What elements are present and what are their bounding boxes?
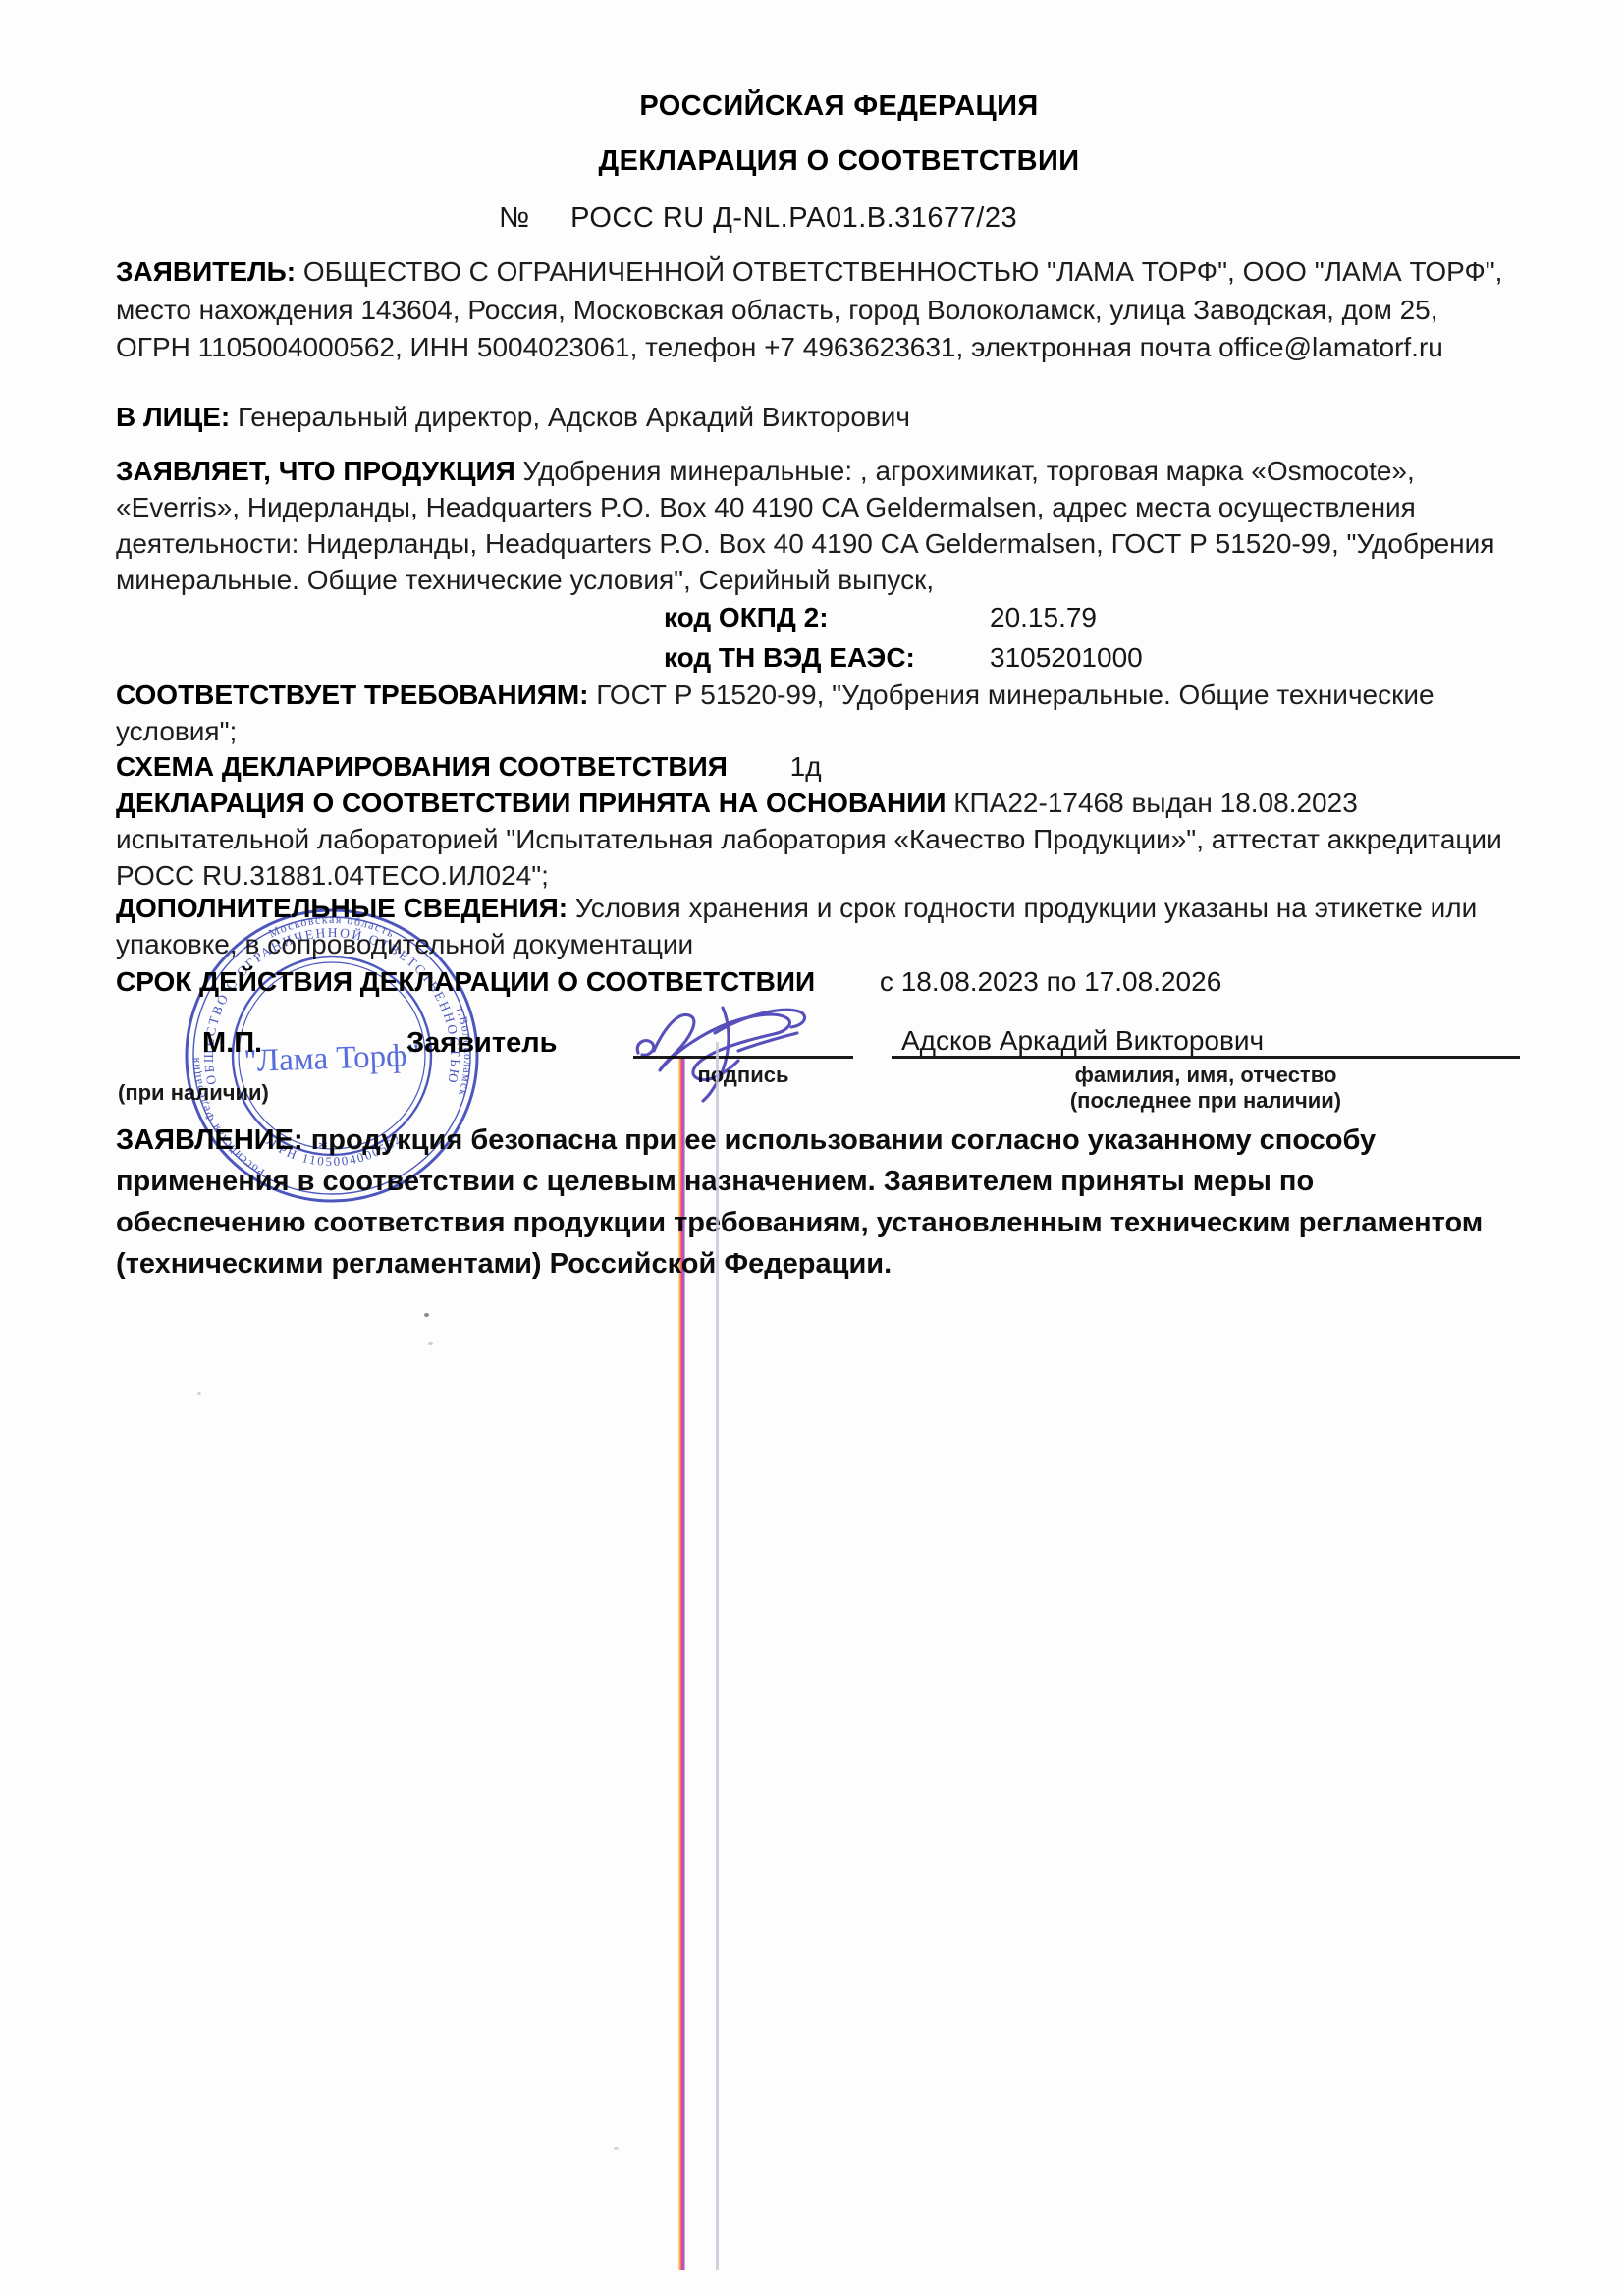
applicant-paragraph: ЗАЯВИТЕЛЬ: ОБЩЕСТВО С ОГРАНИЧЕННОЙ ОТВЕТ… bbox=[116, 253, 1520, 367]
complies-label: СООТВЕТСТВУЕТ ТРЕБОВАНИЯМ: bbox=[116, 680, 588, 710]
scanner-gray-stripe bbox=[716, 1042, 719, 2270]
product-paragraph: ЗАЯВЛЯЕТ, ЧТО ПРОДУКЦИЯ Удобрения минера… bbox=[116, 453, 1520, 598]
scanner-color-stripe bbox=[678, 1058, 685, 2270]
signatory-name: Адсков Аркадий Викторович bbox=[901, 1025, 1264, 1057]
scheme-row: СХЕМА ДЕКЛАРИРОВАНИЯ СООТВЕТСТВИЯ 1д bbox=[116, 748, 1520, 785]
stamp-ogrn-text: ОГРН 1105004000562 bbox=[259, 1130, 405, 1169]
complies-paragraph: СООТВЕТСТВУЕТ ТРЕБОВАНИЯМ: ГОСТ Р 51520-… bbox=[116, 677, 1520, 749]
scan-speck bbox=[197, 1392, 201, 1395]
declaration-number-row: №РОСС RU Д-NL.РА01.В.31677/23 bbox=[499, 202, 1017, 235]
number-sign: № bbox=[499, 202, 529, 234]
declaration-number: РОСС RU Д-NL.РА01.В.31677/23 bbox=[570, 202, 1017, 234]
applicant-text: ОБЩЕСТВО С ОГРАНИЧЕННОЙ ОТВЕТСТВЕННОСТЬЮ… bbox=[116, 256, 1502, 362]
in-person-paragraph: В ЛИЦЕ: Генеральный директор, Адсков Арк… bbox=[116, 399, 1520, 436]
document-title: ДЕКЛАРАЦИЯ О СООТВЕТСТВИИ bbox=[27, 145, 1623, 178]
scan-speck bbox=[428, 1342, 433, 1345]
basis-paragraph: ДЕКЛАРАЦИЯ О СООТВЕТСТВИИ ПРИНЯТА НА ОСН… bbox=[116, 785, 1520, 894]
in-person-text: Генеральный директор, Адсков Аркадий Вик… bbox=[238, 402, 910, 432]
scheme-value: 1д bbox=[790, 751, 822, 782]
basis-label: ДЕКЛАРАЦИЯ О СООТВЕТСТВИИ ПРИНЯТА НА ОСН… bbox=[116, 788, 946, 818]
tnved-label: код ТН ВЭД ЕАЭС: bbox=[664, 642, 915, 674]
name-caption: фамилия, имя, отчество bbox=[892, 1063, 1520, 1088]
tnved-value: 3105201000 bbox=[990, 642, 1143, 674]
handwritten-signature bbox=[628, 990, 815, 1103]
applicant-label: ЗАЯВИТЕЛЬ: bbox=[116, 256, 296, 287]
okpd-value: 20.15.79 bbox=[990, 602, 1097, 633]
country-title: РОССИЙСКАЯ ФЕДЕРАЦИЯ bbox=[27, 90, 1623, 123]
okpd-label: код ОКПД 2: bbox=[664, 602, 829, 633]
stamp-center-text: "Лама Торф" bbox=[243, 1038, 421, 1079]
stamp-star: * bbox=[318, 1137, 328, 1159]
validity-value: с 18.08.2023 по 17.08.2026 bbox=[880, 966, 1221, 997]
name-caption-note: (последнее при наличии) bbox=[892, 1088, 1520, 1114]
name-line bbox=[892, 1056, 1520, 1059]
scan-speck bbox=[424, 1313, 429, 1317]
company-stamp: ОБЩЕСТВО С ОГРАНИЧЕННОЙ ОТВЕТСТВЕННОСТЬЮ… bbox=[183, 906, 481, 1205]
in-person-label: В ЛИЦЕ: bbox=[116, 402, 230, 432]
declaration-document-page: РОССИЙСКАЯ ФЕДЕРАЦИЯ ДЕКЛАРАЦИЯ О СООТВЕ… bbox=[0, 0, 1623, 2296]
scheme-label: СХЕМА ДЕКЛАРИРОВАНИЯ СООТВЕТСТВИЯ bbox=[116, 751, 728, 782]
product-label: ЗАЯВЛЯЕТ, ЧТО ПРОДУКЦИЯ bbox=[116, 456, 515, 486]
scan-speck bbox=[614, 2147, 619, 2150]
